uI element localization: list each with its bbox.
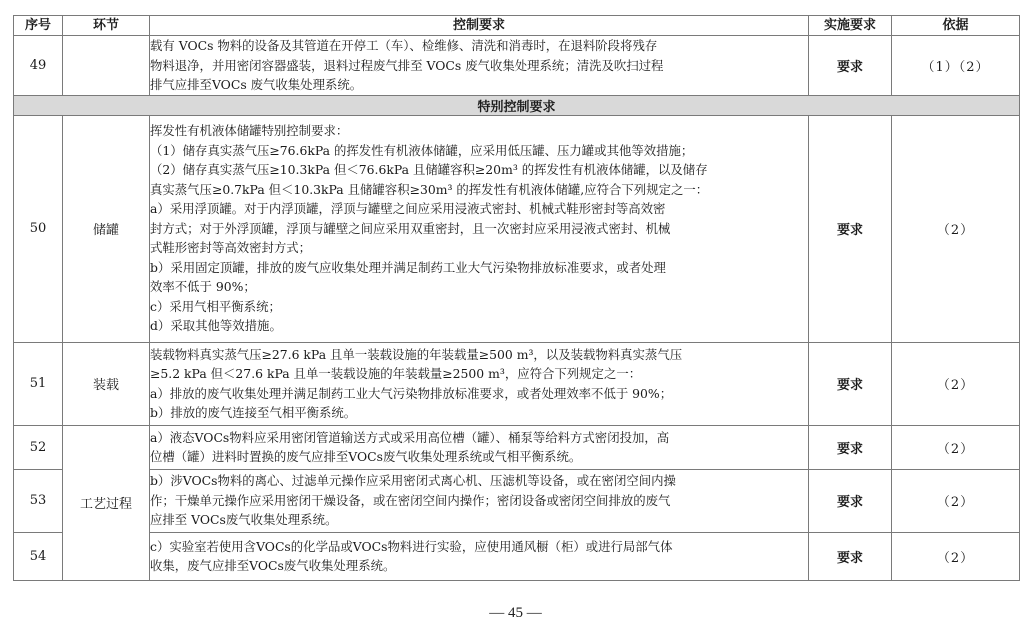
requirement-line: 封方式；对于外浮顶罐，浮顶与罐壁之间应采用双重密封，且一次密封应采用浸液式密封、… [150,219,808,239]
row-segment: 工艺过程 [63,425,150,580]
requirement-line: 挥发性有机液体储罐特别控制要求： [150,121,808,141]
requirement-line: 载有 VOCs 物料的设备及其管道在开停工（车）、检维修、清洗和消毒时，在退料阶… [150,36,808,56]
requirement-line: c）采用气相平衡系统； [150,297,808,317]
table-row: 52 工艺过程 a）液态VOCs物料应采用密闭管道输送方式或采用高位槽（罐）、桶… [14,425,1020,469]
requirement-line: 物料退净，并用密闭容器盛装，退料过程废气排至 VOCs 废气收集处理系统；清洗及… [150,56,808,76]
row-number: 54 [14,532,63,580]
requirement-line: b）采用固定顶罐，排放的废气应收集处理并满足制药工业大气污染物排放标准要求，或者… [150,258,808,278]
row-requirement: a）液态VOCs物料应采用密闭管道输送方式或采用高位槽（罐）、桶泵等给料方式密闭… [150,425,809,469]
row-number: 52 [14,425,63,469]
row-implementation: 要求 [809,36,892,96]
table-row: 50 储罐 挥发性有机液体储罐特别控制要求： （1）储存真实蒸气压≥76.6kP… [14,115,1020,342]
row-segment: 储罐 [63,115,150,342]
row-basis: （1）（2） [892,36,1020,96]
row-implementation: 要求 [809,532,892,580]
row-basis: （2） [892,532,1020,580]
header-segment: 环节 [63,16,150,36]
requirement-line: 装载物料真实蒸气压≥27.6 kPa 且单一装载设施的年装载量≥500 m³，以… [150,345,808,365]
table-row: 49 载有 VOCs 物料的设备及其管道在开停工（车）、检维修、清洗和消毒时，在… [14,36,1020,96]
row-requirement: 挥发性有机液体储罐特别控制要求： （1）储存真实蒸气压≥76.6kPa 的挥发性… [150,115,809,342]
row-basis: （2） [892,425,1020,469]
table-row: 54 c）实验室若使用含VOCs的化学品或VOCs物料进行实验，应使用通风橱（柜… [14,532,1020,580]
table-header-row: 序号 环节 控制要求 实施要求 依据 [14,16,1020,36]
requirement-line: 收集，废气应排至VOCs废气收集处理系统。 [150,556,808,576]
row-basis: （2） [892,342,1020,425]
requirement-line: 式鞋形密封等高效密封方式； [150,238,808,258]
page-number: — 45 — [0,605,1031,622]
row-requirement: 载有 VOCs 物料的设备及其管道在开停工（车）、检维修、清洗和消毒时，在退料阶… [150,36,809,96]
section-title: 特别控制要求 [14,95,1020,115]
row-implementation: 要求 [809,342,892,425]
voc-control-table: 序号 环节 控制要求 实施要求 依据 49 载有 VOCs 物料的设备及其管道在… [13,15,1020,581]
row-basis: （2） [892,469,1020,532]
row-number: 49 [14,36,63,96]
row-implementation: 要求 [809,469,892,532]
header-basis: 依据 [892,16,1020,36]
row-number: 51 [14,342,63,425]
requirement-line: 真实蒸气压≥0.7kPa 但＜10.3kPa 且储罐容积≥30m³ 的挥发性有机… [150,180,808,200]
row-number: 53 [14,469,63,532]
requirement-line: （1）储存真实蒸气压≥76.6kPa 的挥发性有机液体储罐，应采用低压罐、压力罐… [150,141,808,161]
requirement-line: 应排至 VOCs废气收集处理系统。 [150,510,808,530]
table-row: 53 b）涉VOCs物料的离心、过滤单元操作应采用密闭式离心机、压滤机等设备，或… [14,469,1020,532]
table-row: 51 装载 装载物料真实蒸气压≥27.6 kPa 且单一装载设施的年装载量≥50… [14,342,1020,425]
requirement-line: c）实验室若使用含VOCs的化学品或VOCs物料进行实验，应使用通风橱（柜）或进… [150,537,808,557]
row-requirement: 装载物料真实蒸气压≥27.6 kPa 且单一装载设施的年装载量≥500 m³，以… [150,342,809,425]
requirement-line: d）采取其他等效措施。 [150,316,808,336]
requirement-line: a）采用浮顶罐。对于内浮顶罐，浮顶与罐壁之间应采用浸液式密封、机械式鞋形密封等高… [150,199,808,219]
row-requirement: c）实验室若使用含VOCs的化学品或VOCs物料进行实验，应使用通风橱（柜）或进… [150,532,809,580]
header-no: 序号 [14,16,63,36]
row-implementation: 要求 [809,115,892,342]
row-implementation: 要求 [809,425,892,469]
requirement-line: 作；干燥单元操作应采用密闭干燥设备，或在密闭空间内操作；密闭设备或密闭空间排放的… [150,491,808,511]
header-requirement: 控制要求 [150,16,809,36]
section-band-row: 特别控制要求 [14,95,1020,115]
requirement-line: b）排放的废气连接至气相平衡系统。 [150,403,808,423]
requirement-line: 效率不低于 90%； [150,277,808,297]
requirement-line: a）液态VOCs物料应采用密闭管道输送方式或采用高位槽（罐）、桶泵等给料方式密闭… [150,428,808,448]
row-number: 50 [14,115,63,342]
requirement-line: a）排放的废气收集处理并满足制药工业大气污染物排放标准要求，或者处理效率不低于 … [150,384,808,404]
requirement-line: 排气应排至VOCs 废气收集处理系统。 [150,75,808,95]
row-segment: 装载 [63,342,150,425]
requirement-line: （2）储存真实蒸气压≥10.3kPa 但＜76.6kPa 且储罐容积≥20m³ … [150,160,808,180]
row-requirement: b）涉VOCs物料的离心、过滤单元操作应采用密闭式离心机、压滤机等设备，或在密闭… [150,469,809,532]
requirement-line: b）涉VOCs物料的离心、过滤单元操作应采用密闭式离心机、压滤机等设备，或在密闭… [150,471,808,491]
row-segment [63,36,150,96]
row-basis: （2） [892,115,1020,342]
header-implementation: 实施要求 [809,16,892,36]
requirement-line: ≥5.2 kPa 但＜27.6 kPa 且单一装载设施的年装载量≥2500 m³… [150,364,808,384]
requirement-line: 位槽（罐）进料时置换的废气应排至VOCs废气收集处理系统或气相平衡系统。 [150,447,808,467]
